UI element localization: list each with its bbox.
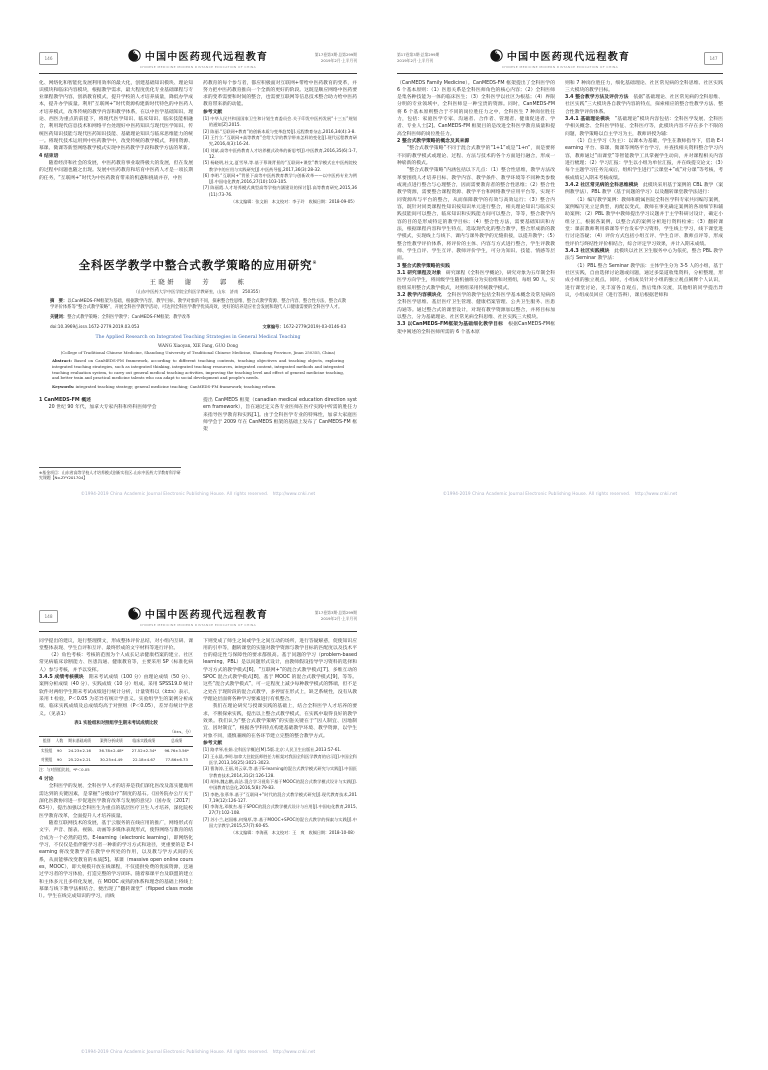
table-row: 实验组9024.23±2.1636.78±2.48*27.52±2.34*96.… [39, 746, 193, 755]
text-line: [6] 李海龙,邓敏杰.基于SPOC的混合式教学模式设计与应用[J].中国电化教… [203, 804, 357, 817]
journal-masthead: 中国中医药现代远程教育 CHINESE MEDICINE MODERN DIST… [459, 48, 661, 69]
text-line: [7] 陈丽霞.人才培养模式典型高等学校内涵建设的探讨[J].高等教育研究,20… [203, 185, 357, 198]
table-cell: 组别 [39, 736, 54, 746]
keywords-cn: 关键词：整合式教学策略；全科医学教学；CanMEDS-FM框架；教学改革 [50, 315, 346, 321]
cnki-copyright-footer: ©1994-2019 China Academic Journal Electr… [30, 1049, 366, 1055]
page-number-icon: 148 [39, 610, 58, 623]
article-title-text: 全科医学教学中整合式教学策略的应用研究 [79, 258, 313, 272]
text-after-table: 4 讨论全科医学的发展、全科医学人才的培养是我们深化医改及落实健康所需达到的关键… [39, 776, 193, 901]
left-column-bottom: 1 CanMEDS-FM 概述20 世纪 90 年代，加拿大专家内科和外科医师学… [39, 397, 193, 483]
table-cell: 90 [54, 746, 64, 755]
table-cell: 77.86±6.73 [160, 756, 193, 765]
text-line: 全科医学的发展、全科医学人才的培养是我们深化医改及落实健康所需达到的关键因素，是… [39, 783, 193, 820]
article-authors: 王晓妍 谢 芳 郭 栋 [39, 277, 357, 286]
text-line: [4] 胡炜,魏志鹏,高洁.混合学习视角下基于MOOC的混合式教学模式设计与实践… [203, 779, 357, 792]
results-table: 组别人数期末基础成绩案例分析成绩临床实践成绩总成绩实验组9024.23±2.16… [39, 736, 193, 766]
table-cell: 实验组 [39, 746, 54, 755]
table-cell: 临床实践成绩 [128, 736, 161, 746]
page-header: 146 中国中医药现代远程教育 CHINESE MEDICINE MODERN … [39, 48, 357, 74]
issue-info: 第17卷第3期·总第299期 2019年2月·上半月刊 [315, 52, 357, 64]
article-number-label: 文章编号： [262, 324, 283, 329]
text-line: （1）PBL 整合 Seminar 教学法：主体学生分为 3-5 人的小组，基于… [565, 263, 723, 300]
text-line: [4] 刘斌.高等中医药教育人才培养模式改革的新思考[J].中医教育,2016,… [203, 148, 357, 161]
text-line: “整合式教学策略”内涵包括以下几点：（1）整合性思维，教学方法改革要围绕人才培养… [397, 167, 555, 262]
right-column: 下则变成了师生之间或学生之间互动的场所，进行答疑解惑，促使知识应用的引申等，翻转… [203, 638, 357, 1034]
journal-masthead: 中国中医药现代远程教育 CHINESE MEDICINE MODERN DIST… [101, 48, 295, 69]
text-line: 3.4.2 社区常见病的全科思维模块 此模块采用基于案例的 CBL 教学（案例教… [565, 182, 723, 197]
text-line: 则和 7 种岗位胜任力，细化基础理论、社区常见病的全科思维、社区实践三大模块的教… [565, 80, 723, 95]
english-keywords: Keywords: integrated teaching strategy; … [52, 384, 344, 390]
table-cell: 案例分析成绩 [95, 736, 128, 746]
cnki-copyright-footer: ©1994-2019 China Academic Journal Electr… [30, 491, 366, 497]
journal-subtitle-en: CHINESE MEDICINE MODERN DISTANCE EDUCATI… [101, 65, 295, 69]
header-left: 146 [39, 52, 101, 65]
abstract-text: 以CanMEDS-FM框架为基础，根据教学内容、教学目标、教学对象的不同，探索整… [50, 299, 346, 310]
left-column: 同学提出的建议，进行整理撰文，形成整体评价总结，对小组内互研、课堂整体表现、学生… [39, 638, 193, 1034]
text-line: [2] 王永晨,李明.加拿大住院医师胜任力框架对我国全科医学教育的启示[J].中… [203, 754, 357, 767]
left-column: 化、网络化和智能化发展利用效率的最大化，创建基础知识模块、理论知识模块和临床内容… [39, 80, 193, 248]
text-line: 3.4.3 社区实践模块 此模块以社区卫生服务中心为依托，整合 PBL 教学法与… [565, 248, 723, 263]
article-number: 文章编号：1672-2779(2019)-03-0146-03 [262, 324, 346, 330]
text-line: 20 世纪 90 年代，加拿大专家内科和外科医师学会 [39, 404, 193, 411]
text-line: 药教育的每个参与者，都应积极面对互联网+带给中医药教育的变革，并努力把中医药教育… [203, 80, 357, 109]
page-header: 第17卷第3期·总第299期 2019年2月·上半月刊 中国中医药现代远程教育 … [397, 48, 723, 74]
text-line: 提出 CanMEDS 框架（canadian medical education… [203, 397, 357, 434]
table-cell: 对照组 [39, 756, 54, 765]
journal-title: 中国中医药现代远程教育 [145, 606, 268, 621]
text-line: [5] 李艳,张慕华.基于“互联网+”时代的混合式教学模式研究[J].现代教育技… [203, 792, 357, 805]
text-line: 3.4.5 成绩考核模块 期末考试成绩（100 分）由理论成绩（50 分）、案例… [39, 674, 193, 718]
abstract-cn: 摘 要：以CanMEDS-FM框架为基础，根据教学内容、教学目标、教学对象的不同… [50, 299, 346, 312]
text-line: [3] 曹海涛,王丽,刘云章,等.基于E-learning的混合式教学模式研究与… [203, 766, 357, 779]
text-line: 随着经济和社会的发展，中医药教育事业取得极大的发展，但在发展的过程中问题也随之出… [39, 160, 193, 182]
text-line: 化、网络化和智能化发展利用效率的最大化，创建基础知识模块、理论知识模块和临床内容… [39, 80, 193, 153]
journal-title: 中国中医药现代远程教育 [145, 48, 268, 63]
text-line: （1）编写教学案例：教师和附属医院全科医学科专家共同编写案例，案例编写先立足典型… [565, 197, 723, 248]
issue-line2: 2019年2月·上半月刊 [315, 58, 357, 64]
text-line: （1）自主学习（为主）：以课本为基础，学生在教师指导下，借助 E-learnin… [565, 138, 723, 182]
journal-masthead: 中国中医药现代远程教育 CHINESE MEDICINE MODERN DIST… [101, 606, 295, 627]
left-bottom-text: 1 CanMEDS-FM 概述20 世纪 90 年代，加拿大专家内科和外科医师学… [39, 397, 193, 412]
table-cell: 90 [54, 756, 64, 765]
issue-info: 第17卷第3期·总第299期 2019年2月·上半月刊 [397, 52, 439, 64]
text-line: “整合式教学策略”不同于混合式教学的“1+1”或是“1+n”，而是要将不同的教学… [397, 145, 555, 167]
article-affiliation: （山东中医药大学中医学院全科医学教研室，山东 济南 250355） [39, 289, 357, 295]
table-cell: 24.23±2.16 [64, 746, 95, 755]
text-line: 3.3 以CanMEDS-FM框架为基础细化教学目标 根据CanMEDS-FM框… [397, 321, 555, 336]
bottom-columns: 1 CanMEDS-FM 概述20 世纪 90 年代，加拿大专家内科和外科医师学… [39, 397, 357, 483]
article-number-value: 1672-2779(2019)-03-0146-03 [283, 324, 346, 329]
page-number: 147 [710, 56, 718, 61]
text-line: （2）角色考核：考核的范围为个人成长记录健康档案的建立、社区常见病临床诊断能力、… [39, 652, 193, 674]
header-right: 第17卷第3期·总第299期 2019年2月·上半月刊 [295, 52, 357, 64]
english-title: The Applied Research on Integrated Teach… [39, 335, 357, 340]
table-cell: 22.18±4.67 [128, 756, 161, 765]
journal-page-148: 148 中国中医药现代远程教育 CHINESE MEDICINE MODERN … [30, 596, 366, 1060]
header-right: 第17卷第3期·总第299期 2019年2月·上半月刊 [295, 610, 357, 622]
page-number-icon: 147 [704, 52, 723, 65]
article-title: 全科医学教学中整合式教学策略的应用研究※ [39, 257, 357, 273]
english-block: The Applied Research on Integrated Teach… [39, 335, 357, 390]
table-cell: 期末基础成绩 [64, 736, 95, 746]
abstract-label: 摘 要： [50, 299, 67, 304]
journal-page-146: 146 中国中医药现代远程教育 CHINESE MEDICINE MODERN … [30, 38, 366, 502]
body-columns: （CanMEDS Family Medicine）。CanMEDS-FM 框架提… [397, 80, 723, 476]
journal-page-147: 第17卷第3期·总第299期 2019年2月·上半月刊 中国中医药现代远程教育 … [388, 38, 732, 502]
right-column-bottom: 提出 CanMEDS 框架（canadian medical education… [203, 397, 357, 483]
english-abstract-label: Abstract: [52, 358, 72, 363]
table-cell: 25.22±2.21 [64, 756, 95, 765]
text-line: [6] 李明.“互联网+”背景下高等中医药教育教学与创新改革——以中医药专业为例… [203, 173, 357, 186]
section-heading: 3 整合式教学策略的实践 [397, 263, 555, 270]
journal-subtitle-en: CHINESE MEDICINE MODERN DISTANCE EDUCATI… [101, 623, 295, 627]
fund-footnote: ※基金项目：山东省高等学校人才培养模式创新实验区-山东中医药大学教育科学研究课题… [39, 467, 181, 481]
document-canvas: 146 中国中医药现代远程教育 CHINESE MEDICINE MODERN … [0, 0, 768, 1070]
text-line: [3] 王竹立.“互联网+高等教育”会给大学的教学带来怎样的变化[J].现代远程… [203, 135, 357, 148]
english-affiliation: (College of Traditional Chinese Medicine… [39, 350, 357, 355]
journal-subtitle-en: CHINESE MEDICINE MODERN DISTANCE EDUCATI… [459, 65, 661, 69]
journal-logo-icon [490, 49, 503, 62]
right-column: 药教育的每个参与者，都应积极面对互联网+带给中医药教育的变革，并努力把中医药教育… [203, 80, 357, 248]
text-line: （CanMEDS Family Medicine）。CanMEDS-FM 框架提… [397, 80, 555, 139]
text-line: （本文编辑：张文娟 本文校对：李子玲 收稿日期：2018-09-05） [203, 199, 357, 205]
issue-line2: 2019年2月·上半月刊 [397, 58, 439, 64]
section-heading: 1 CanMEDS-FM 概述 [39, 397, 193, 404]
results-table-block: 表1 实验组和对照组学生期末考试成绩比较 （x̄±s，分） 组别人数期末基础成绩… [39, 721, 193, 773]
header-left: 148 [39, 610, 101, 623]
table-header-row: 组别人数期末基础成绩案例分析成绩临床实践成绩总成绩 [39, 736, 193, 746]
issue-info: 第17卷第3期·总第299期 2019年2月·上半月刊 [315, 610, 357, 622]
english-keywords-text: integrated teaching strategy; general me… [74, 384, 275, 389]
english-authors: WANG Xiaoyan, XIE Fang, GUO Dong [39, 343, 357, 348]
page-number: 148 [45, 614, 53, 619]
doi: doi:10.3969/j.issn.1672-2779.2019.03.053 [50, 324, 139, 330]
table-cell: 27.52±2.34* [128, 746, 161, 755]
text-line: 3.4.1 基础理论模块 “基础理论”模块内容包括：全科医学发展、全科医学相关概… [565, 116, 723, 138]
journal-logo-icon [128, 607, 141, 620]
english-keywords-label: Keywords: [52, 384, 74, 389]
issue-line2: 2019年2月·上半月刊 [315, 616, 357, 622]
text-line: [1] 路孝琴,杜娟.全科医学概论[M].5版.北京:人民卫生出版社,2013:… [203, 747, 357, 753]
page-header: 148 中国中医药现代远程教育 CHINESE MEDICINE MODERN … [39, 606, 357, 632]
table-cell: 30.25±4.49 [95, 756, 128, 765]
section-heading: 4 结束语 [39, 153, 193, 160]
header-left: 第17卷第3期·总第299期 2019年2月·上半月刊 [397, 52, 459, 64]
text-line: [1] 中华人民共和国国家卫生和计划生育委员会.关于印发中医药发展“十三五”规划… [203, 116, 357, 129]
cnki-copyright-footer: ©1994-2019 China Academic Journal Electr… [388, 491, 732, 497]
text-line: 3.1 研究课程及对象 研究课程《全科医学概论》，研究对象为五年制全科医学方向学… [397, 270, 555, 292]
table-cell: 36.78±2.48* [95, 746, 128, 755]
header-right: 147 [661, 52, 723, 65]
section-heading: 2 整合式教学策略的概念及其来源 [397, 138, 555, 145]
page-number-icon: 146 [39, 52, 58, 65]
fund-mark: ※ [312, 260, 317, 266]
english-abstract-text: Based on CanMEDS-FM framework, according… [52, 358, 344, 381]
keywords-text: 整合式教学策略；全科医学教学；CanMEDS-FM框架；教学改革 [67, 315, 190, 320]
table-cell: 96.76±3.56* [160, 746, 193, 755]
table-title: 表1 实验组和对照组学生期末考试成绩比较 [39, 721, 193, 728]
left-column: （CanMEDS Family Medicine）。CanMEDS-FM 框架提… [397, 80, 555, 476]
text-line: 随着互联网技术的发展，基于云服务的在线应用的推广，网络形式有文字、声音、图表、视… [39, 820, 193, 901]
doi-line: doi:10.3969/j.issn.1672-2779.2019.03.053… [50, 324, 346, 330]
data-table: 组别人数期末基础成绩案例分析成绩临床实践成绩总成绩实验组9024.23±2.16… [39, 736, 193, 766]
english-abstract: Abstract: Based on CanMEDS-FM framework,… [52, 358, 344, 381]
top-columns: 化、网络化和智能化发展利用效率的最大化，创建基础知识模块、理论知识模块和临床内容… [39, 80, 357, 248]
table-row: 对照组9025.22±2.2130.25±4.4922.18±4.6777.86… [39, 756, 193, 765]
body-columns: 同学提出的建议，进行整理撰文，形成整体评价总结，对小组内互研、课堂整体表现、学生… [39, 638, 357, 1034]
text-line: （本文编辑：李海燕 本文校对：王 爽 收稿日期：2018-10-08） [203, 830, 357, 836]
journal-title: 中国中医药现代远程教育 [507, 48, 630, 63]
text-line: 3.2 教学内容模块化 全科医学的教学包括全科医学基本概念及常见病的全科医学思维… [397, 292, 555, 321]
keywords-label: 关键词： [50, 315, 67, 320]
table-cell: 总成绩 [160, 736, 193, 746]
table-note: 注：与对照组比较，*P＜0.05 [39, 767, 193, 773]
text-line: 3.4 整合教学方法及评价方法 依据“基础理论、社区常见病的全科思维、社区实践”… [565, 94, 723, 116]
table-unit: （x̄±s，分） [39, 729, 193, 735]
text-line: 同学提出的建议，进行整理撰文，形成整体评价总结，对小组内互研、课堂整体表现、学生… [39, 638, 193, 653]
page-number: 146 [45, 56, 53, 61]
text-line: [5] 杨晓明,杜文,夏雪琴,等.基于慕课背景的“互联网+课堂”教学模式在中医药… [203, 160, 357, 173]
section-heading: 4 讨论 [39, 776, 193, 783]
text-line: 我们在理论研究与授课实践的基础上，结合全科医学人才培养的要求，不断探索实践，提出… [203, 703, 357, 740]
right-column: 则和 7 种岗位胜任力，细化基础理论、社区常见病的全科思维、社区实践三大模块的教… [565, 80, 723, 476]
text-line: [7] 苏小兰,赵国栋,何聚厚,等.基于MOOC+SPOC的混合式教学的探索与实… [203, 817, 357, 830]
journal-logo-icon [128, 49, 141, 62]
text-before-table: 同学提出的建议，进行整理撰文，形成整体评价总结，对小组内互研、课堂整体表现、学生… [39, 638, 193, 719]
text-line: 下则变成了师生之间或学生之间互动的场所，进行答疑解惑，促使知识应用的引申等，翻转… [203, 638, 357, 704]
table-cell: 人数 [54, 736, 64, 746]
